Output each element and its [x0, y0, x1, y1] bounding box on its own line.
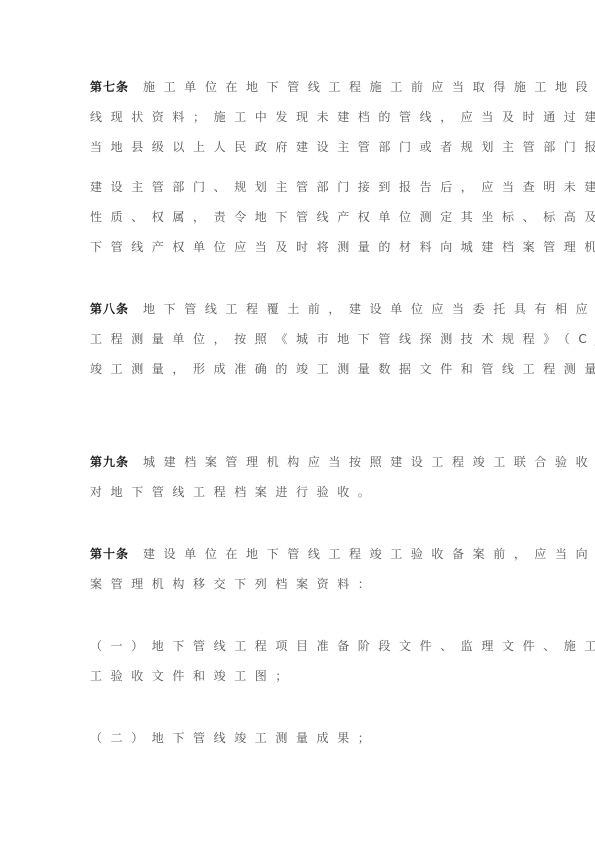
article-9-line-1: 第九条城建档案管理机构应当按照建设工程竣工联合验收的规定 [90, 447, 506, 477]
article-text: 施工单位在地下管线工程施工前应当取得施工地段地下管 [143, 80, 595, 94]
article-10-line-1: 第十条建设单位在地下管线工程竣工验收备案前，应当向城建档 [90, 539, 506, 569]
article-text: 建设单位在地下管线工程竣工验收备案前，应当向城建档 [143, 547, 595, 561]
article-text: 地下管线工程覆土前，建设单位应当委托具有相应资质的 [143, 302, 595, 316]
paragraph-line-3: 下管线产权单位应当及时将测量的材料向城建档案管理机构报送。 [90, 232, 506, 262]
article-7-paragraph-2: 建设主管部门、规划主管部门接到报告后，应当查明未建档的管线 性质、权属，责令地下… [90, 172, 506, 262]
article-10: 第十条建设单位在地下管线工程竣工验收备案前，应当向城建档 案管理机构移交下列档案… [90, 539, 506, 599]
article-8-line-2: 工程测量单位，按照《城市地下管线探测技术规程》（CJJ61）进行 [90, 324, 506, 354]
paragraph-line-2: 性质、权属，责令地下管线产权单位测定其坐标、标高及走向，地 [90, 202, 506, 232]
article-7-line-2: 线现状资料；施工中发现未建档的管线，应当及时通过建设单位向 [90, 102, 506, 132]
article-10-line-2: 案管理机构移交下列档案资料： [90, 569, 506, 599]
article-8: 第八条地下管线工程覆土前，建设单位应当委托具有相应资质的 工程测量单位，按照《城… [90, 294, 506, 384]
list-item-1-line-1: （一）地下管线工程项目准备阶段文件、监理文件、施工文件、竣 [90, 631, 506, 661]
list-item-1-line-2: 工验收文件和竣工图； [90, 661, 506, 691]
article-label: 第八条 [90, 302, 129, 316]
paragraph-line-1: 建设主管部门、规划主管部门接到报告后，应当查明未建档的管线 [90, 172, 506, 202]
article-label: 第十条 [90, 547, 129, 561]
list-item-2-line-1: （二）地下管线竣工测量成果； [90, 723, 506, 753]
article-label: 第九条 [90, 455, 129, 469]
article-8-line-3: 竣工测量，形成准确的竣工测量数据文件和管线工程测量图。 [90, 354, 506, 384]
article-text: 城建档案管理机构应当按照建设工程竣工联合验收的规定 [143, 455, 595, 469]
article-label: 第七条 [90, 80, 129, 94]
article-7-line-3: 当地县级以上人民政府建设主管部门或者规划主管部门报告。 [90, 132, 506, 162]
article-7-line-1: 第七条施工单位在地下管线工程施工前应当取得施工地段地下管 [90, 72, 506, 102]
list-item-2: （二）地下管线竣工测量成果； [90, 723, 506, 753]
list-item-1: （一）地下管线工程项目准备阶段文件、监理文件、施工文件、竣 工验收文件和竣工图； [90, 631, 506, 691]
article-9: 第九条城建档案管理机构应当按照建设工程竣工联合验收的规定 对地下管线工程档案进行… [90, 447, 506, 507]
article-8-line-1: 第八条地下管线工程覆土前，建设单位应当委托具有相应资质的 [90, 294, 506, 324]
article-9-line-2: 对地下管线工程档案进行验收。 [90, 477, 506, 507]
article-7: 第七条施工单位在地下管线工程施工前应当取得施工地段地下管 线现状资料；施工中发现… [90, 72, 506, 162]
